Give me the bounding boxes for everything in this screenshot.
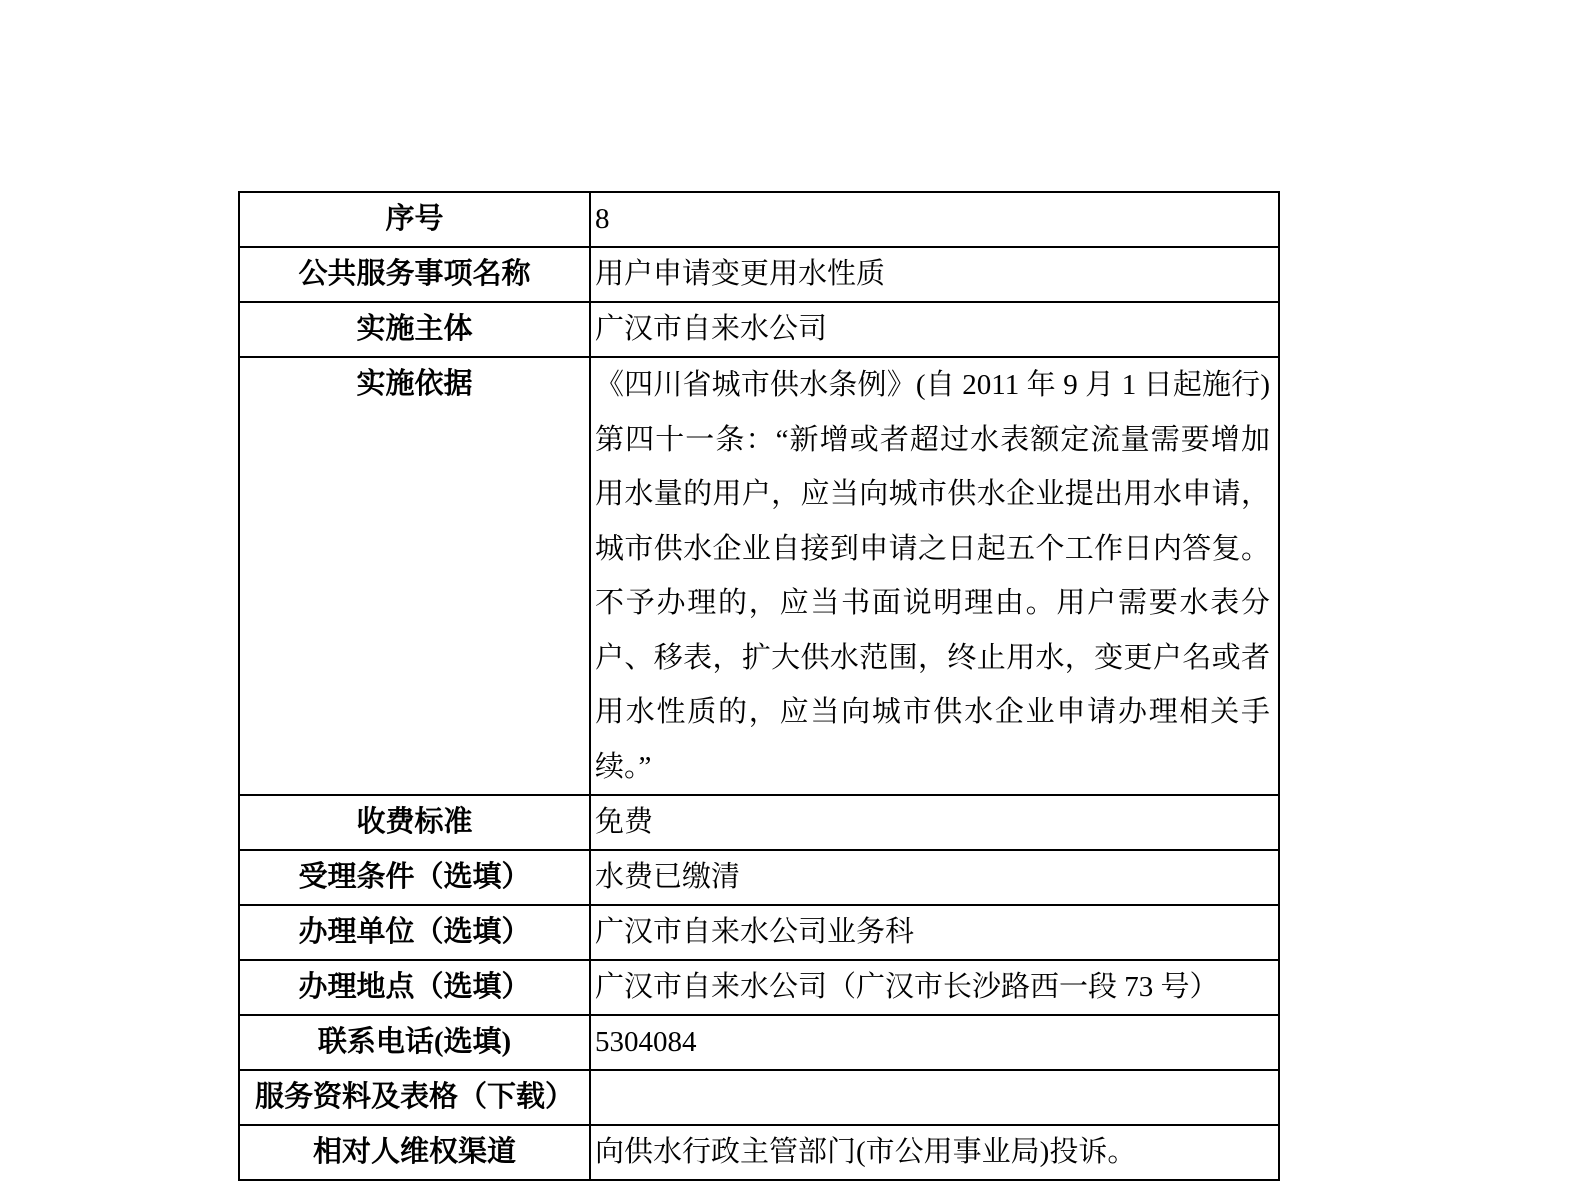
row-value: 用户申请变更用水性质: [590, 247, 1279, 302]
table-row: 序号 8: [239, 192, 1279, 247]
row-value: 免费: [590, 795, 1279, 850]
table-row: 公共服务事项名称 用户申请变更用水性质: [239, 247, 1279, 302]
row-label: 受理条件（选填）: [239, 850, 590, 905]
row-value: 《四川省城市供水条例》(自 2011 年 9 月 1 日起施行)第四十一条：“新…: [590, 357, 1279, 795]
document-page: 序号 8 公共服务事项名称 用户申请变更用水性质 实施主体 广汉市自来水公司 实…: [0, 0, 1587, 1184]
table-row: 办理地点（选填） 广汉市自来水公司（广汉市长沙路西一段 73 号）: [239, 960, 1279, 1015]
row-label: 实施主体: [239, 302, 590, 357]
row-label: 办理地点（选填）: [239, 960, 590, 1015]
table-row: 受理条件（选填） 水费已缴清: [239, 850, 1279, 905]
table-row: 相对人维权渠道 向供水行政主管部门(市公用事业局)投诉。: [239, 1125, 1279, 1180]
row-label: 相对人维权渠道: [239, 1125, 590, 1180]
table-row: 办理单位（选填） 广汉市自来水公司业务科: [239, 905, 1279, 960]
row-label: 服务资料及表格（下载）: [239, 1070, 590, 1125]
row-label: 联系电话(选填): [239, 1015, 590, 1070]
row-value: 水费已缴清: [590, 850, 1279, 905]
table-row: 实施依据 《四川省城市供水条例》(自 2011 年 9 月 1 日起施行)第四十…: [239, 357, 1279, 795]
table-row: 实施主体 广汉市自来水公司: [239, 302, 1279, 357]
row-value: 8: [590, 192, 1279, 247]
table-row: 收费标准 免费: [239, 795, 1279, 850]
row-label: 序号: [239, 192, 590, 247]
row-label: 办理单位（选填）: [239, 905, 590, 960]
row-label: 公共服务事项名称: [239, 247, 590, 302]
row-value: 向供水行政主管部门(市公用事业局)投诉。: [590, 1125, 1279, 1180]
row-value: 广汉市自来水公司: [590, 302, 1279, 357]
row-value: 广汉市自来水公司（广汉市长沙路西一段 73 号）: [590, 960, 1279, 1015]
service-item-table: 序号 8 公共服务事项名称 用户申请变更用水性质 实施主体 广汉市自来水公司 实…: [238, 191, 1280, 1181]
row-value: 5304084: [590, 1015, 1279, 1070]
table-row: 联系电话(选填) 5304084: [239, 1015, 1279, 1070]
row-label: 实施依据: [239, 357, 590, 795]
row-value: 广汉市自来水公司业务科: [590, 905, 1279, 960]
row-label: 收费标准: [239, 795, 590, 850]
table-row: 服务资料及表格（下载）: [239, 1070, 1279, 1125]
row-value: [590, 1070, 1279, 1125]
